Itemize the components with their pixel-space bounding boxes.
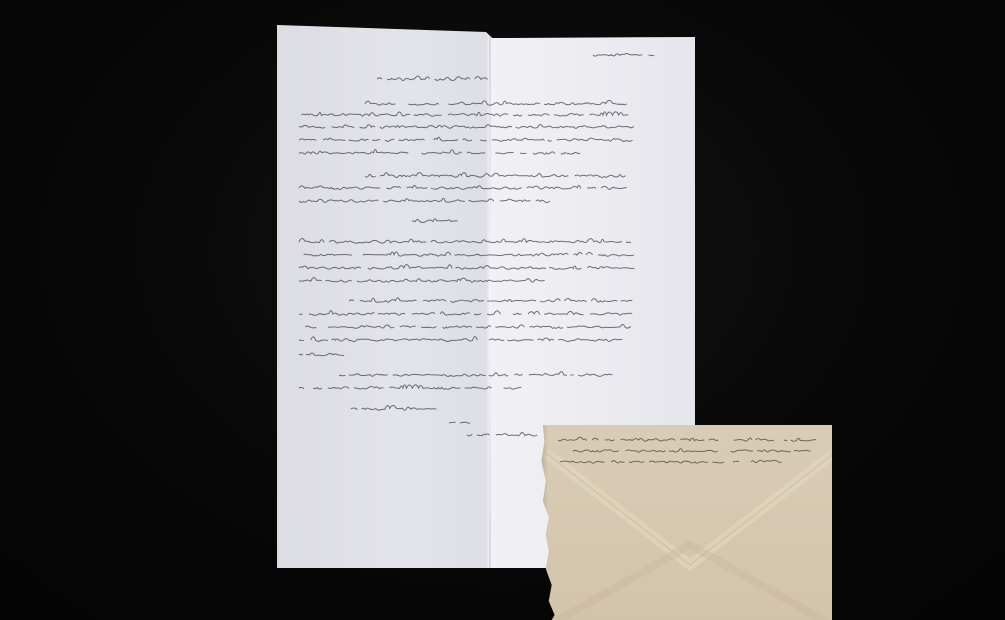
- photo-scene: [0, 0, 1005, 620]
- envelope: [540, 425, 832, 620]
- envelope-handwriting: [540, 425, 832, 485]
